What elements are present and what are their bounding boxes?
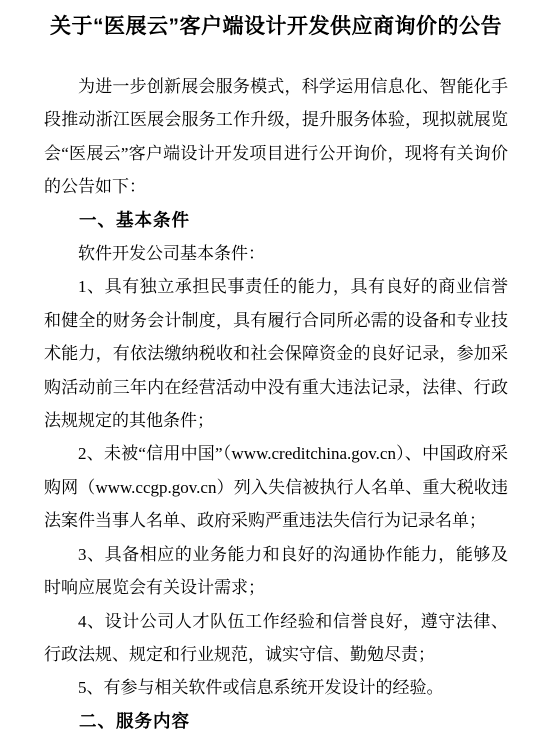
condition-item-4: 4、设计公司人才队伍工作经验和信誉良好，遵守法律、行政法规、规定和行业规范，诚实… <box>44 605 508 672</box>
announcement-document: 关于“医展云”客户端设计开发供应商询价的公告 为进一步创新展会服务模式，科学运用… <box>0 0 551 735</box>
intro-paragraph: 为进一步创新展会服务模式，科学运用信息化、智能化手段推动浙江医展会服务工作升级，… <box>44 70 508 204</box>
section-heading-service-content: 二、服务内容 <box>44 705 508 735</box>
condition-item-2: 2、未被“信用中国”（www.creditchina.gov.cn）、中国政府采… <box>44 437 508 537</box>
document-title: 关于“医展云”客户端设计开发供应商询价的公告 <box>44 12 508 42</box>
condition-item-5: 5、有参与相关软件或信息系统开发设计的经验。 <box>44 671 508 704</box>
condition-item-1: 1、具有独立承担民事责任的能力，具有良好的商业信誉和健全的财务会计制度，具有履行… <box>44 270 508 437</box>
basic-conditions-lead: 软件开发公司基本条件： <box>44 237 508 270</box>
section-heading-basic-conditions: 一、基本条件 <box>44 204 508 237</box>
condition-item-3: 3、具备相应的业务能力和良好的沟通协作能力，能够及时响应展览会有关设计需求； <box>44 538 508 605</box>
document-body: 为进一步创新展会服务模式，科学运用信息化、智能化手段推动浙江医展会服务工作升级，… <box>44 70 508 735</box>
